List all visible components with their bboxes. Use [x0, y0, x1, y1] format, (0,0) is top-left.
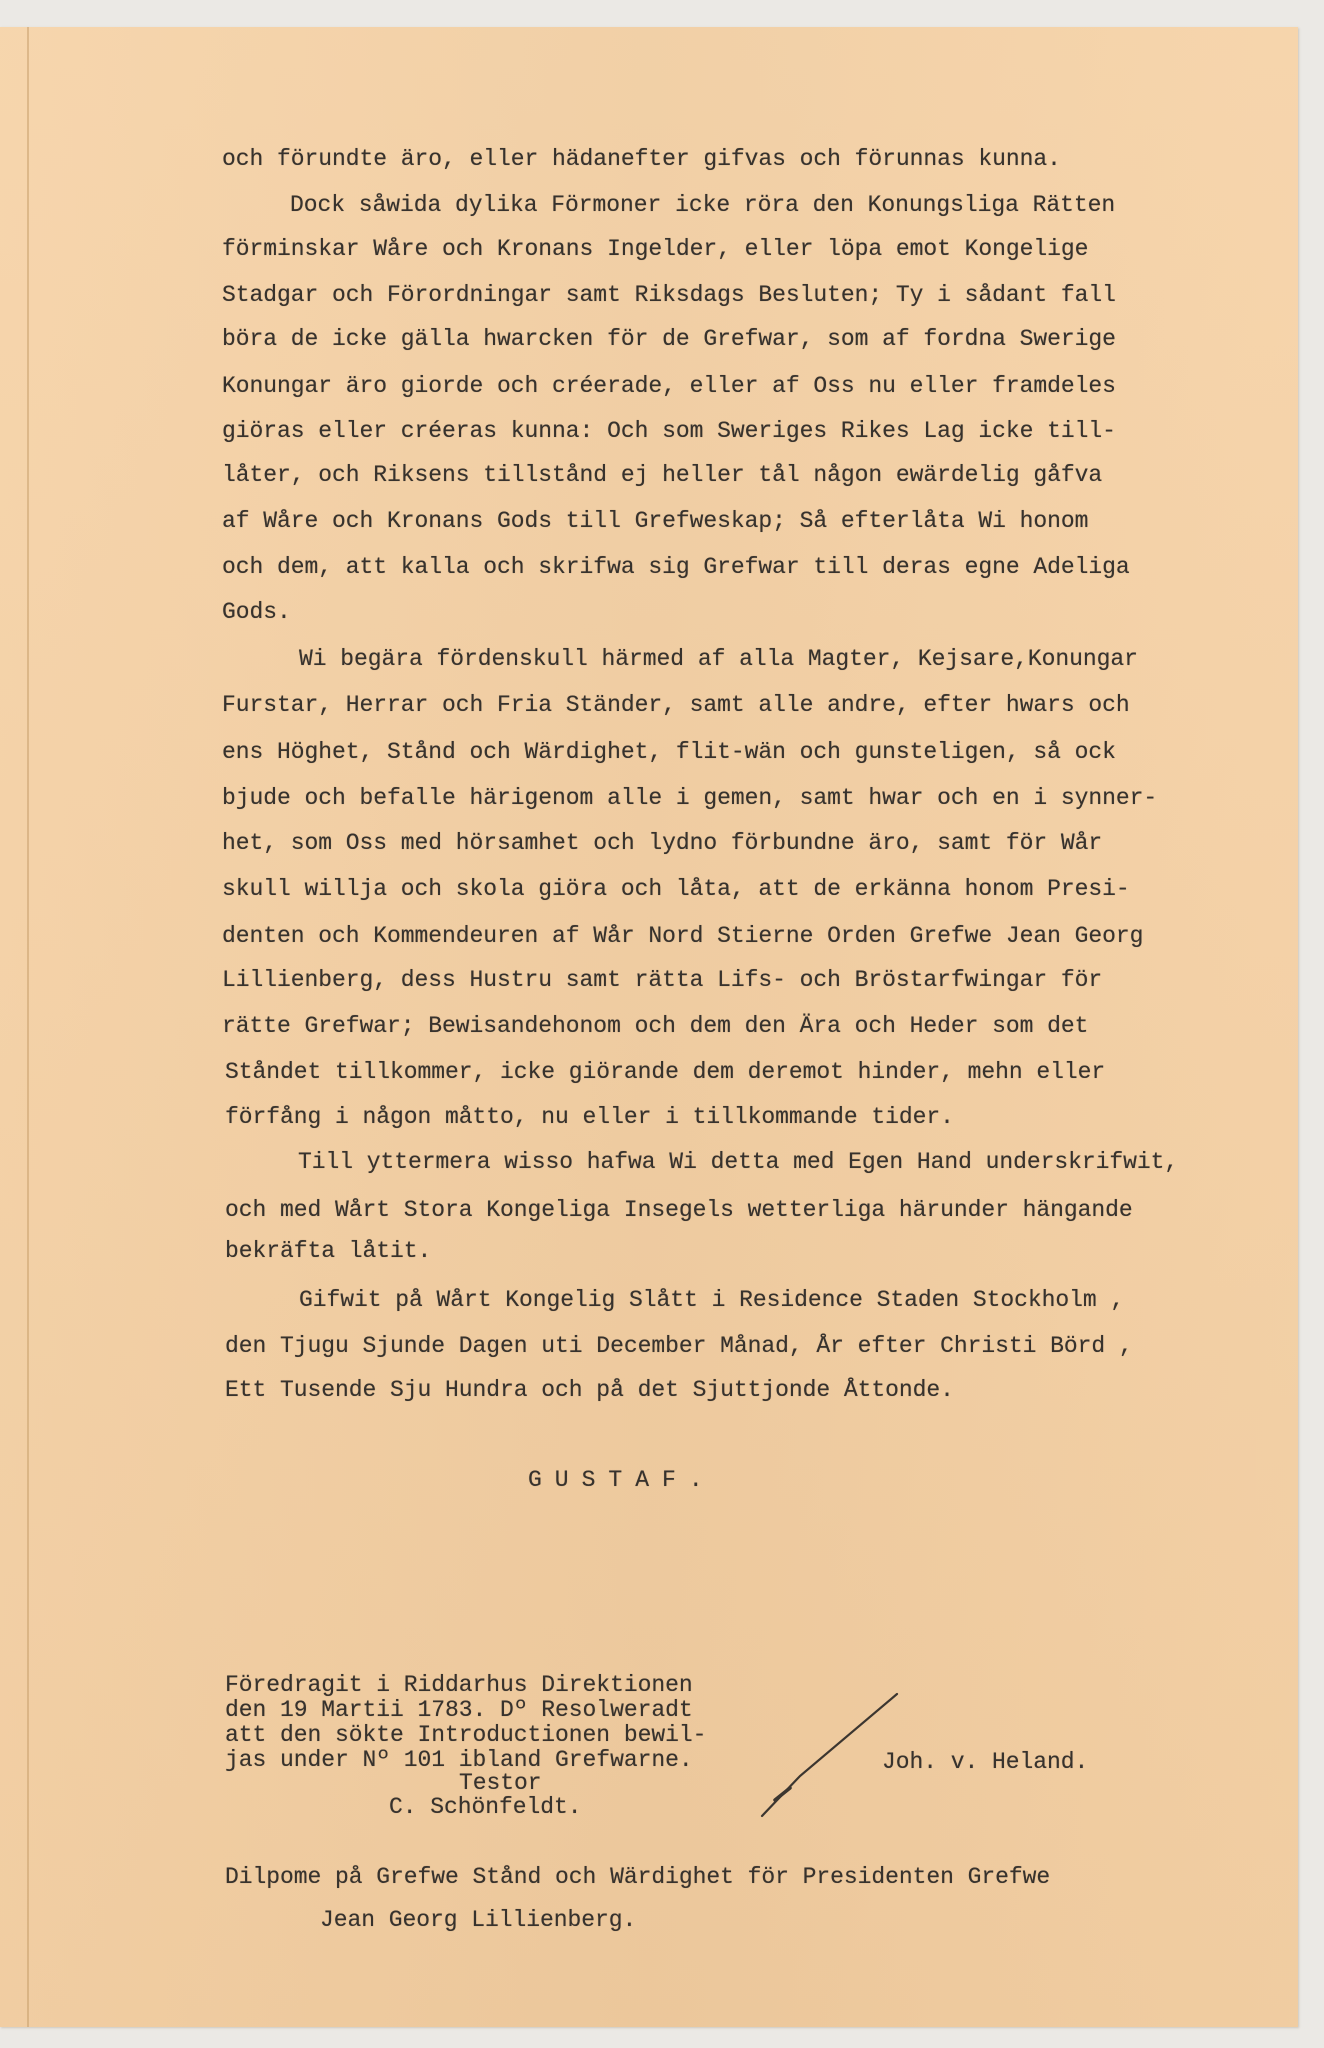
- caption-line-2: Jean Georg Lillienberg.: [320, 1908, 636, 1932]
- body-line: Gifwit på Wårt Kongelig Slått i Residenc…: [299, 1288, 1124, 1312]
- note-line: jas under Nº 101 ibland Grefwarne.: [225, 1748, 693, 1772]
- body-line: Ett Tusende Sju Hundra och på det Sjuttj…: [225, 1378, 954, 1402]
- note-line: Föredragit i Riddarhus Direktionen: [225, 1673, 693, 1697]
- body-line: låter, och Riksens tillstånd ej heller t…: [222, 463, 1102, 487]
- body-line: den Tjugu Sjunde Dagen uti December Måna…: [225, 1334, 1133, 1358]
- body-line: skull willja och skola giöra och låta, a…: [222, 877, 1130, 901]
- body-line: och dem, att kalla och skrifwa sig Grefw…: [222, 555, 1130, 579]
- body-line: Till yttermera wisso hafwa Wi detta med …: [298, 1150, 1178, 1174]
- testor-name: C. Schönfeldt.: [389, 1795, 582, 1819]
- body-line: Lillienberg, dess Hustru samt rätta Lifs…: [222, 968, 1102, 992]
- body-line: bekräfta låtit.: [225, 1239, 431, 1263]
- countersignature: Joh. v. Heland.: [882, 1750, 1088, 1774]
- body-line: Wi begära fördenskull härmed af alla Mag…: [299, 647, 1138, 671]
- body-line: bjude och befalle härigenom alle i gemen…: [222, 786, 1157, 810]
- body-line: af Wåre och Kronans Gods till Grefweskap…: [222, 509, 1088, 533]
- note-line: att den sökte Introductionen bewil-: [225, 1723, 706, 1747]
- body-line: denten och Kommendeuren af Wår Nord Stie…: [222, 924, 1143, 948]
- body-line: Konungar äro giorde och créerade, eller …: [222, 374, 1116, 398]
- body-line: förfång i någon måtto, nu eller i tillko…: [225, 1105, 954, 1129]
- caption-line-1: Dilpome på Grefwe Stånd och Wärdighet fö…: [225, 1865, 1050, 1889]
- body-line: Dock såwida dylika Förmoner icke röra de…: [290, 193, 1115, 217]
- body-line: Stadgar och Förordningar samt Riksdags B…: [222, 283, 1116, 307]
- body-line: rätte Grefwar; Bewisandehonom och dem de…: [222, 1014, 1088, 1038]
- body-line: giöras eller créeras kunna: Och som Swer…: [222, 419, 1116, 443]
- note-line: den 19 Martii 1783. Dº Resolweradt: [225, 1698, 693, 1722]
- royal-signature: GUSTAF.: [528, 1468, 716, 1492]
- body-line: ens Höghet, Stånd och Wärdighet, flit-wä…: [222, 740, 1116, 764]
- body-line: och förundte äro, eller hädanefter gifva…: [222, 147, 1061, 171]
- testor-label: Testor: [459, 1771, 542, 1795]
- body-line: förminskar Wåre och Kronans Ingelder, el…: [222, 237, 1088, 261]
- body-line: Gods.: [222, 600, 291, 624]
- body-line: och med Wårt Stora Kongeliga Insegels we…: [225, 1198, 1133, 1222]
- body-line: het, som Oss med hörsamhet och lydno för…: [222, 831, 1102, 855]
- page-fold-line: [27, 27, 29, 2027]
- body-line: böra de icke gälla hwarcken för de Grefw…: [222, 327, 1116, 351]
- body-line: Ståndet tillkommer, icke giörande dem de…: [225, 1060, 1105, 1084]
- body-line: Furstar, Herrar och Fria Ständer, samt a…: [222, 693, 1130, 717]
